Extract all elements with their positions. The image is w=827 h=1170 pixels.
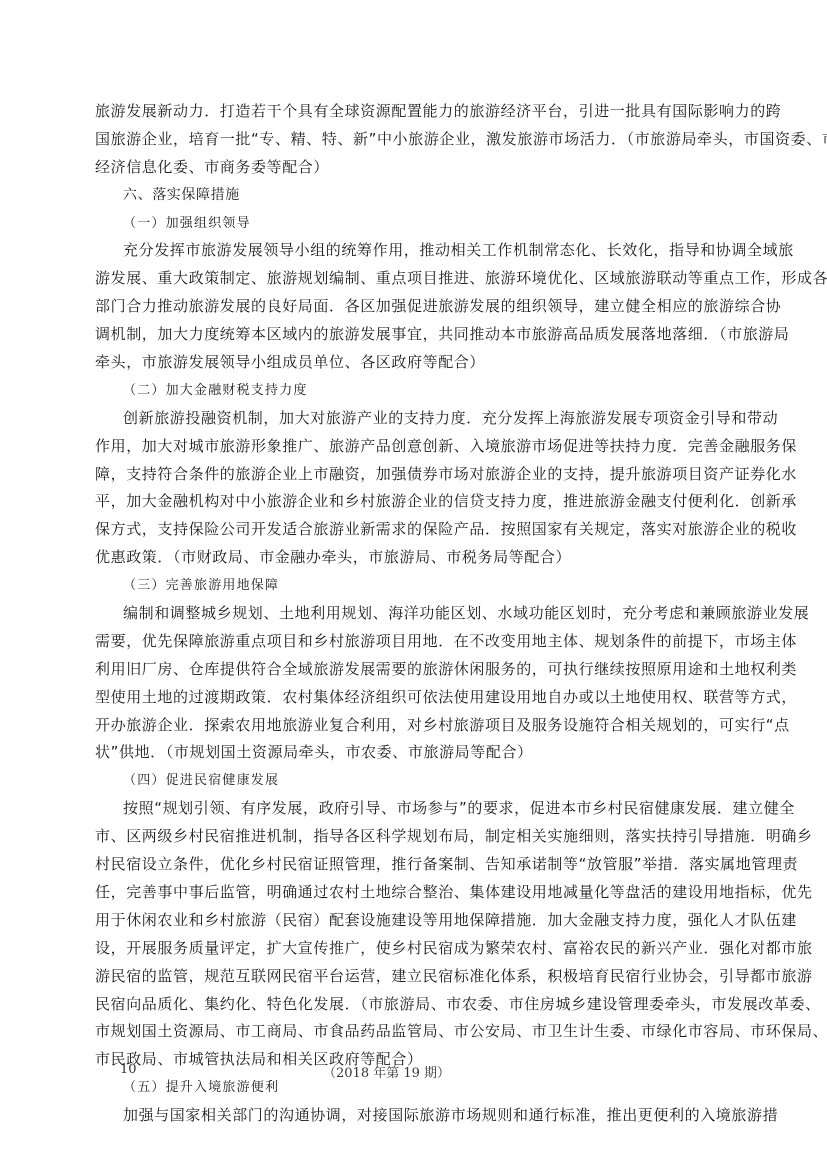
text-line: 作用，加大对城市旅游形象推广、旅游产品创意创新、入境旅游市场促进等扶持力度．完善… xyxy=(95,433,735,461)
text-line: 经济信息化委、市商务委等配合） xyxy=(95,154,735,182)
text-line: 障，支持符合条件的旅游企业上市融资，加强债券市场对旅游企业的支持，提升旅游项目资… xyxy=(95,461,735,489)
text-line: 旅游发展新动力．打造若干个具有全球资源配置能力的旅游经济平台，引进一批具有国际影… xyxy=(95,98,735,126)
text-line: 型使用土地的过渡期政策．农村集体经济组织可依法使用建设用地自办或以土地使用权、联… xyxy=(95,684,735,712)
text-line: 创新旅游投融资机制，加大对旅游产业的支持力度．充分发挥上海旅游发展专项资金引导和… xyxy=(95,405,735,433)
text-line: 设，开展服务质量评定，扩大宣传推广，使乡村民宿成为繁荣农村、富裕农民的新兴产业．… xyxy=(95,935,735,963)
text-line: 状”供地．（市规划国土资源局牵头，市农委、市旅游局等配合） xyxy=(95,739,735,767)
page-number: 10 xyxy=(120,1062,137,1077)
text-line: 平，加大金融机构对中小旅游企业和乡村旅游企业的信贷支持力度，推进旅游金融支付便利… xyxy=(95,488,735,516)
text-line: 牵头，市旅游发展领导小组成员单位、各区政府等配合） xyxy=(95,349,735,377)
text-line: 调机制，加大力度统筹本区域内的旅游发展事宜，共同推动本市旅游高品质发展落地落细．… xyxy=(95,321,735,349)
text-line: 加强与国家相关部门的沟通协调，对接国际旅游市场规则和通行标准，推出更便利的入境旅… xyxy=(95,1102,735,1130)
text-line: 国旅游企业，培育一批“专、精、特、新”中小旅游企业，激发旅游市场活力．（市旅游局… xyxy=(95,126,735,154)
text-line: 任，完善事中事后监管，明确通过农村土地综合整治、集体建设用地减量化等盘活的建设用… xyxy=(95,879,735,907)
subsection-heading: （三）完善旅游用地保障 xyxy=(95,572,735,600)
text-line: 市、区两级乡村民宿推进机制，指导各区科学规划布局，制定相关实施细则，落实扶持引导… xyxy=(95,823,735,851)
text-line: 部门合力推动旅游发展的良好局面．各区加强促进旅游发展的组织领导，建立健全相应的旅… xyxy=(95,293,735,321)
subsection-heading: （四）促进民宿健康发展 xyxy=(95,767,735,795)
text-line: 保方式，支持保险公司开发适合旅游业新需求的保险产品．按照国家有关规定，落实对旅游… xyxy=(95,516,735,544)
document-body: 旅游发展新动力．打造若干个具有全球资源配置能力的旅游经济平台，引进一批具有国际影… xyxy=(95,98,735,1130)
text-line: 村民宿设立条件，优化乡村民宿证照管理，推行备案制、告知承诺制等“放管服”举措．落… xyxy=(95,851,735,879)
subsection-heading: （一）加强组织领导 xyxy=(95,210,735,238)
text-line: 优惠政策．（市财政局、市金融办牵头，市旅游局、市税务局等配合） xyxy=(95,544,735,572)
text-line: 市规划国土资源局、市工商局、市食品药品监管局、市公安局、市卫生计生委、市绿化市容… xyxy=(95,1018,735,1046)
text-line: 用于休闲农业和乡村旅游（民宿）配套设施建设等用地保障措施．加大金融支持力度，强化… xyxy=(95,907,735,935)
page-footer: 10 （2018 年第 19 期） xyxy=(120,1062,540,1086)
section-heading: 六、落实保障措施 xyxy=(95,182,735,210)
text-line: 编制和调整城乡规划、土地利用规划、海洋功能区划、水域功能区划时，充分考虑和兼顾旅… xyxy=(95,600,735,628)
text-line: 需要，优先保障旅游重点项目和乡村旅游项目用地．在不改变用地主体、规划条件的前提下… xyxy=(95,628,735,656)
text-line: 按照“规划引领、有序发展，政府引导、市场参与”的要求，促进本市乡村民宿健康发展．… xyxy=(95,795,735,823)
text-line: 开办旅游企业．探索农用地旅游业复合利用，对乡村旅游项目及服务设施符合相关规划的，… xyxy=(95,712,735,740)
issue-label: （2018 年第 19 期） xyxy=(323,1062,450,1081)
text-line: 游民宿的监管，规范互联网民宿平台运营，建立民宿标准化体系，积极培育民宿行业协会，… xyxy=(95,963,735,991)
text-line: 利用旧厂房、仓库提供符合全域旅游发展需要的旅游休闲服务的，可执行继续按照原用途和… xyxy=(95,656,735,684)
subsection-heading: （二）加大金融财税支持力度 xyxy=(95,377,735,405)
text-line: 充分发挥市旅游发展领导小组的统筹作用，推动相关工作机制常态化、长效化，指导和协调… xyxy=(95,237,735,265)
text-line: 民宿向品质化、集约化、特色化发展．（市旅游局、市农委、市住房城乡建设管理委牵头，… xyxy=(95,991,735,1019)
text-line: 游发展、重大政策制定、旅游规划编制、重点项目推进、旅游环境优化、区域旅游联动等重… xyxy=(95,265,735,293)
